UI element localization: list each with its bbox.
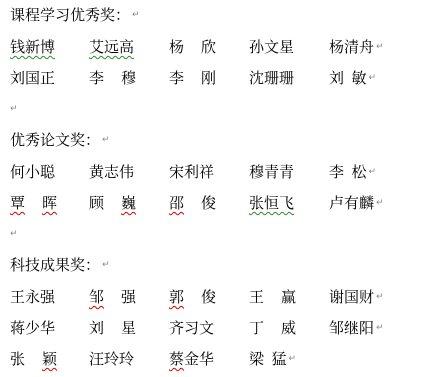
paragraph-mark-icon: ↵ [102,130,110,150]
name-cell: 杨清舟↵ [329,37,384,57]
paragraph-mark-icon: ↵ [10,224,18,244]
section-heading-paper-award: 优秀论文奖：↵ [10,130,110,150]
name-cell: 张恒飞 [249,193,294,213]
name-cell: 孙文星 [249,37,294,57]
name-cell: 蔡金华 [169,349,214,369]
name-cell: 邹继阳↵ [329,318,384,338]
name-cell: 李松↵ [329,162,376,182]
name-cell: 丁威 [249,318,296,338]
name-cell: 刘国正 [10,68,55,88]
heading-text: 优秀论文奖： [10,131,100,149]
empty-paragraph: ↵ [10,99,18,119]
section-heading-tech-award: 科技成果奖：↵ [10,255,110,275]
name-cell: 钱新博 [10,37,55,57]
name-text: 杨清舟 [329,37,374,57]
paragraph-mark-icon: ↵ [368,68,376,88]
name-text: 卢有麟 [329,193,374,213]
name-cell: 刘敏↵ [329,68,376,88]
empty-paragraph: ↵ [10,224,18,244]
name-cell: 何小聪 [10,162,55,182]
name-cell: 邵俊 [169,193,216,213]
name-cell: 穆青青 [249,162,294,182]
name-cell: 谢国财↵ [329,287,384,307]
name-cell: 齐习文 [169,318,214,338]
name-cell: 刘星 [89,318,136,338]
name-cell: 汪玲玲 [89,349,134,369]
name-cell: 沈珊珊 [249,68,294,88]
name-cell: 覃晖 [10,193,57,213]
name-cell: 宋利祥 [169,162,214,182]
paragraph-mark-icon: ↵ [102,255,110,275]
paragraph-mark-icon: ↵ [288,349,296,369]
paragraph-mark-icon: ↵ [376,287,384,307]
name-cell: 蒋少华 [10,318,55,338]
heading-text: 课程学习优秀奖： [10,6,130,24]
paragraph-mark-icon: ↵ [376,318,384,338]
name-cell: 梁猛↵ [249,349,296,369]
name-cell: 李穆 [89,68,136,88]
heading-text: 科技成果奖： [10,256,100,274]
paragraph-mark-icon: ↵ [368,162,376,182]
name-cell: 杨欣 [169,37,216,57]
name-cell: 黄志伟 [89,162,134,182]
name-text: 谢国财 [329,287,374,307]
name-cell: 张颖 [10,349,57,369]
name-text: 邹继阳 [329,318,374,338]
paragraph-mark-icon: ↵ [132,5,140,25]
name-cell: 艾远高 [89,37,134,57]
name-cell: 王赢 [249,287,296,307]
paragraph-mark-icon: ↵ [376,193,384,213]
name-cell: 邹强 [89,287,136,307]
section-heading-course-award: 课程学习优秀奖：↵ [10,5,140,25]
paragraph-mark-icon: ↵ [10,99,18,119]
name-cell: 郭俊 [169,287,216,307]
name-cell: 李刚 [169,68,216,88]
name-cell: 王永强 [10,287,55,307]
paragraph-mark-icon: ↵ [376,37,384,57]
name-cell: 顾巍 [89,193,136,213]
name-cell: 卢有麟↵ [329,193,384,213]
